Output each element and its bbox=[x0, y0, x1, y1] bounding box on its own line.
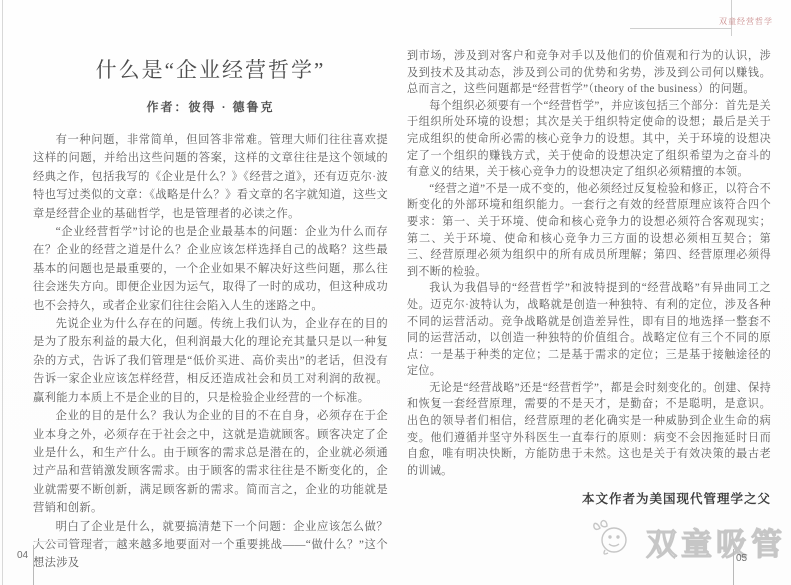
right-page: 到市场，涉及到对客户和竞争对手以及他们的价值观和行为的认识，涉及到技术及其动态，… bbox=[407, 48, 771, 507]
watermark-brand-text: 双童吸管 bbox=[646, 519, 786, 564]
folio-rule-right bbox=[733, 549, 734, 585]
paragraph: 每个组织必须要有一个“经营哲学”，并应该包括三个部分：首先是关于组织所处环境的设… bbox=[407, 98, 771, 181]
page-number-right: 05 bbox=[736, 553, 747, 564]
left-page-body: 有一种问题，非常简单，但回答非常难。管理大师们往往喜欢提这样的问题，并给出这些问… bbox=[33, 131, 388, 573]
paragraph: 企业的目的是什么？我认为企业的目的不在自身，必须存在于企业本身之外，必须存在于社… bbox=[33, 407, 388, 517]
paragraph: 我认为我倡导的“经营哲学”和波特提到的“经营战略”有异曲同工之处。迈克尔·波特认… bbox=[407, 280, 771, 380]
header-rule-horizontal bbox=[630, 28, 732, 29]
right-page-body: 到市场，涉及到对客户和竞争对手以及他们的价值观和行为的认识，涉及到技术及其动态，… bbox=[407, 48, 771, 479]
page-number-left: 04 bbox=[17, 550, 28, 561]
edition-label: 双童经营哲学 bbox=[719, 16, 773, 27]
folio-rule-left bbox=[33, 545, 34, 585]
brand-watermark: 双童吸管 bbox=[592, 518, 786, 565]
paragraph: 明白了企业是什么，就要搞清楚下一个问题：企业应该怎么做？大公司管理者，越来越多地… bbox=[33, 518, 388, 573]
paragraph: 先说企业为什么存在的问题。传统上我们认为，企业存在的目的是为了股东利益的最大化，… bbox=[33, 315, 388, 407]
article-title: 什么是“企业经营哲学” bbox=[33, 54, 388, 84]
article-author: 作者：彼得 · 德鲁克 bbox=[33, 98, 388, 115]
left-page: 什么是“企业经营哲学” 作者：彼得 · 德鲁克 有一种问题，非常简单，但回答非常… bbox=[33, 46, 388, 573]
folio-rule-bottom bbox=[35, 541, 120, 542]
paragraph: 有一种问题，非常简单，但回答非常难。管理大师们往往喜欢提这样的问题，并给出这些问… bbox=[33, 131, 388, 223]
author-credit-line: 本文作者为美国现代管理学之父 bbox=[407, 489, 771, 507]
paragraph: “经营之道”不是一成不变的，他必须经过反复检验和修正，以符合不断变化的外部环境和… bbox=[407, 181, 771, 281]
smiley-face-logo-icon bbox=[592, 518, 640, 565]
scan-edge-line bbox=[2, 0, 3, 585]
book-spread-scan: 双童经营哲学 什么是“企业经营哲学” 作者：彼得 · 德鲁克 有一种问题，非常简… bbox=[0, 0, 791, 585]
paragraph: 到市场，涉及到对客户和竞争对手以及他们的价值观和行为的认识，涉及到技术及其动态，… bbox=[407, 48, 771, 98]
paragraph: “企业经营哲学”讨论的也是企业最基本的问题：企业为什么而存在？企业的经营之道是什… bbox=[33, 223, 388, 315]
paragraph: 无论是“经营战略”还是“经营哲学”，都是会时刻变化的。创建、保持和恢复一套经营原… bbox=[407, 380, 771, 480]
